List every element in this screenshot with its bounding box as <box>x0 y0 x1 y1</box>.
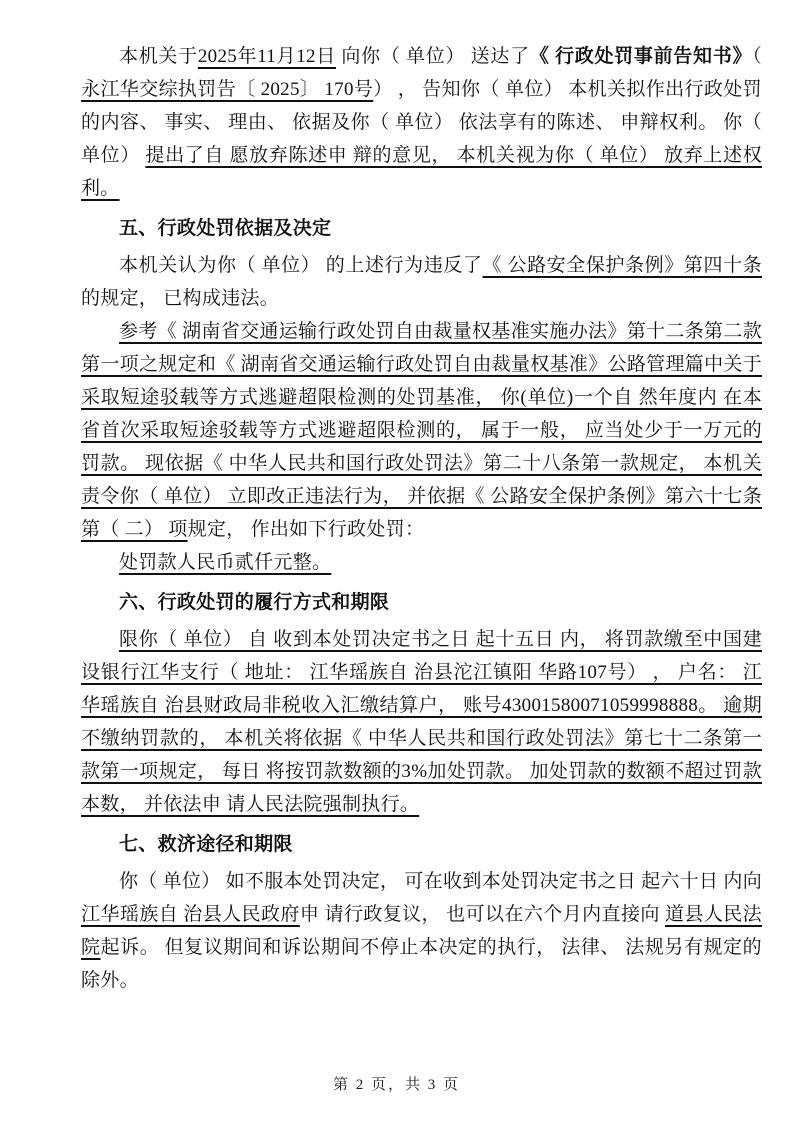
text-run: 限你（ 单位） 自 收到本处罚决定书之日 起十五日 内， 将罚款缴至中国建设银行… <box>81 629 762 815</box>
text-run: 本机关于 <box>119 46 198 67</box>
text-run: 七、救济途径和期限 <box>119 834 293 855</box>
text-run: 《 行政处罚事前告知书》 <box>530 46 752 67</box>
section-heading: 七、救济途径和期限 <box>81 828 762 861</box>
text-run: 江华瑶族自 治县人民政府 <box>81 904 300 925</box>
paragraph: 限你（ 单位） 自 收到本处罚决定书之日 起十五日 内， 将罚款缴至中国建设银行… <box>81 623 762 821</box>
paragraph: 本机关于2025年11月12日 向你（ 单位） 送达了《 行政处罚事前告知书》（… <box>81 40 762 205</box>
text-run: 永江华交综执罚告〔 2025〕 170号 <box>81 79 373 100</box>
text-run: 2025年11月12日 <box>198 46 336 67</box>
text-run: 六、行政处罚的履行方式和期限 <box>119 592 389 613</box>
text-run: 向你（ 单位） 送达了 <box>336 46 530 67</box>
document-body: 本机关于2025年11月12日 向你（ 单位） 送达了《 行政处罚事前告知书》（… <box>81 40 762 997</box>
paragraph: 处罚款人民币贰仟元整。 <box>81 546 762 579</box>
text-run: 处罚款人民币贰仟元整。 <box>119 552 331 573</box>
section-heading: 六、行政处罚的履行方式和期限 <box>81 586 762 619</box>
text-run: 提出了自 愿放弃陈述申 辩的意见， 本机关视为你（ 单位） 放弃上述权利。 <box>81 145 762 199</box>
text-run: 五、行政处罚依据及决定 <box>119 218 331 239</box>
text-run: 起诉。 但复议期间和诉讼期间不停止本决定的执行， 法律、 法规另有规定的除外。 <box>81 937 762 991</box>
text-run: 的规定， 已构成违法。 <box>81 288 279 309</box>
paragraph: 本机关认为你（ 单位） 的上述行为违反了《 公路安全保护条例》第四十条的规定， … <box>81 249 762 315</box>
text-run: 参考《 湖南省交通运输行政处罚自由裁量权基准实施办法》第十二条第二款第一项之规定… <box>81 321 762 540</box>
text-run: 申 请行政复议， 也可以在六个月内直接向 <box>300 904 665 925</box>
page-number-footer: 第 2 页，共 3 页 <box>0 1073 793 1094</box>
section-heading: 五、行政处罚依据及决定 <box>81 212 762 245</box>
paragraph: 参考《 湖南省交通运输行政处罚自由裁量权基准实施办法》第十二条第二款第一项之规定… <box>81 315 762 546</box>
text-run: 规定， 作出如下行政处罚： <box>188 519 425 540</box>
paragraph: 你（ 单位） 如不服本处罚决定， 可在收到本处罚决定书之日 起六十日 内向江华瑶… <box>81 865 762 997</box>
text-run: 你（ 单位） 如不服本处罚决定， 可在收到本处罚决定书之日 起六十日 内向 <box>119 871 762 892</box>
text-run: （ <box>752 46 762 67</box>
text-run: 《 公路安全保护条例》第四十条 <box>483 255 762 276</box>
document-page: 本机关于2025年11月12日 向你（ 单位） 送达了《 行政处罚事前告知书》（… <box>0 0 793 1122</box>
text-run: 本机关认为你（ 单位） 的上述行为违反了 <box>119 255 483 276</box>
